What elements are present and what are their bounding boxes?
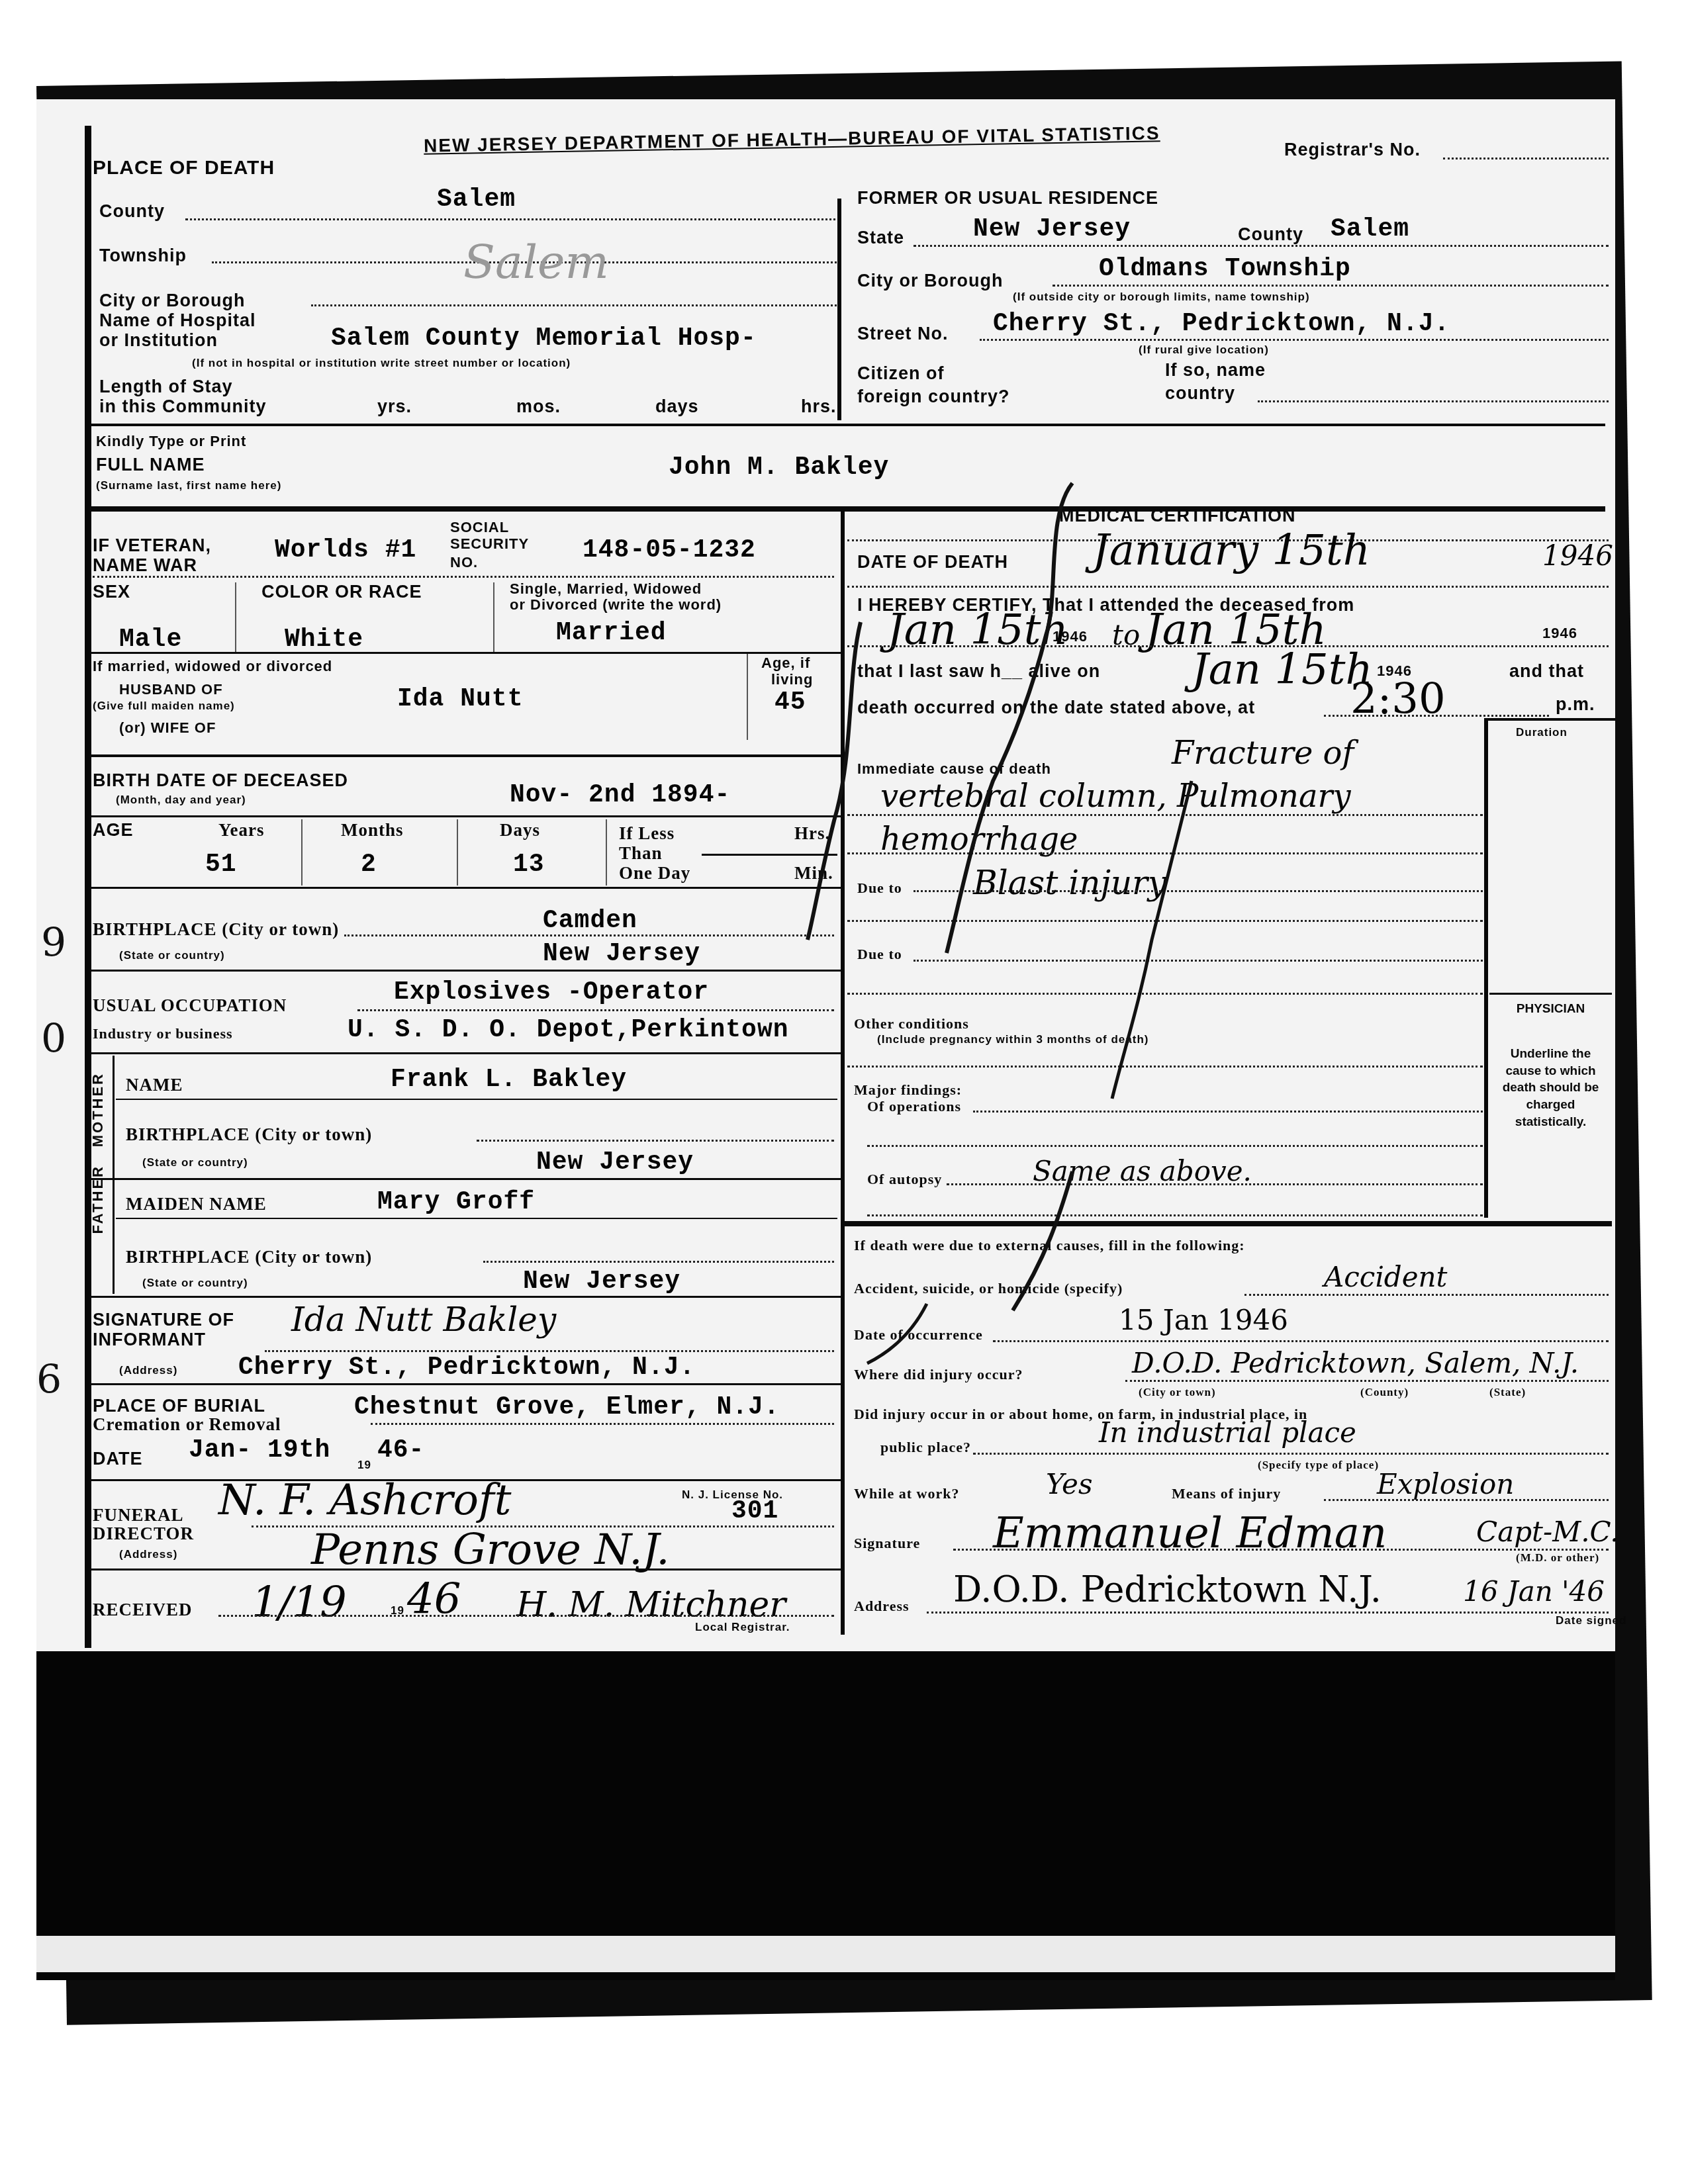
row-rule — [89, 754, 841, 757]
birth-date-label: BIRTH DATE OF DECEASED — [93, 771, 348, 790]
industry-label: Industry or business — [93, 1026, 233, 1041]
external-work-label: While at work? — [854, 1486, 959, 1501]
residence-county-label: County — [1238, 225, 1303, 244]
residence-street-note: (If rural give location) — [1139, 344, 1269, 356]
informant-address-label: (Address) — [119, 1365, 177, 1377]
received-date-value[interactable]: 1/19 — [252, 1578, 347, 1627]
date-signed-value[interactable]: 16 Jan '46 — [1463, 1575, 1605, 1608]
burial-date-value[interactable]: Jan- 19th — [189, 1436, 330, 1465]
marital-label-2: or Divorced (write the word) — [510, 597, 722, 612]
state-line — [914, 245, 1609, 247]
margin-mark: 0 — [41, 1016, 66, 1062]
external-address-label: Address — [854, 1598, 910, 1614]
external-means-label: Means of injury — [1172, 1486, 1281, 1501]
burial-year-value[interactable]: 46- — [377, 1436, 424, 1465]
row-rule — [116, 1099, 837, 1100]
burial-date-label: DATE — [93, 1449, 143, 1468]
hospital-label-2: or Institution — [99, 331, 218, 349]
city-line — [311, 304, 841, 306]
full-name-label: FULL NAME — [96, 455, 205, 474]
residence-city-note: (If outside city or borough limits, name… — [1013, 291, 1310, 303]
informant-label-1: SIGNATURE OF — [93, 1310, 234, 1329]
residence-state-value[interactable]: New Jersey — [973, 215, 1131, 244]
row-rule — [89, 652, 841, 654]
external-where-line — [1125, 1380, 1609, 1382]
informant-label-2: INFORMANT — [93, 1330, 206, 1349]
cell-divider — [301, 819, 303, 886]
birthplace-line — [344, 934, 834, 936]
row-rule — [89, 815, 841, 817]
age-less-label-3: One Day — [619, 864, 690, 882]
mother-name-value[interactable]: Mary Groff — [377, 1188, 535, 1216]
cell-divider — [457, 819, 458, 886]
funeral-address-label: (Address) — [119, 1549, 177, 1561]
row-rule — [89, 1178, 841, 1180]
age-label: AGE — [93, 821, 134, 839]
death-time-suffix: p.m. — [1556, 695, 1595, 713]
stay-days-label: days — [655, 397, 699, 416]
occupation-line — [357, 1009, 834, 1011]
external-place-note: (Specify type of place) — [1258, 1459, 1379, 1471]
external-means-value[interactable]: Explosion — [1377, 1468, 1514, 1500]
informant-line — [265, 1350, 834, 1352]
attended-to-year: 1946 — [1542, 625, 1577, 641]
duration-top-rule — [1486, 718, 1615, 721]
veteran-label-1: IF VETERAN, — [93, 536, 211, 555]
scan-bottom-edge — [36, 1972, 1615, 1980]
mother-birthplace-value[interactable]: New Jersey — [523, 1267, 680, 1296]
mother-birthplace-sublabel: (State or country) — [142, 1277, 248, 1289]
duration-column-divider — [1484, 718, 1488, 1218]
stay-label-2: in this Community — [99, 397, 267, 416]
and-that-text: and that — [1509, 662, 1584, 680]
birthplace-city-value[interactable]: Camden — [543, 907, 637, 935]
physician-note: Underline the cause to which death shoul… — [1493, 1046, 1609, 1130]
age-days-label: Days — [500, 821, 540, 839]
physician-rule — [1489, 993, 1612, 995]
full-name-sublabel: (Surname last, first name here) — [96, 480, 281, 492]
scan-lower-strip — [36, 1936, 1615, 1972]
marital-value[interactable]: Married — [556, 619, 667, 647]
mother-birthplace-label: BIRTHPLACE (City or town) — [126, 1248, 372, 1266]
hospital-label-1: Name of Hospital — [99, 311, 256, 330]
funeral-address-value[interactable]: Penns Grove N.J. — [311, 1525, 670, 1574]
cell-divider — [493, 582, 494, 652]
mother-name-label: MAIDEN NAME — [126, 1195, 267, 1213]
sex-label: SEX — [93, 582, 130, 601]
received-label: RECEIVED — [93, 1600, 193, 1619]
cell-divider — [235, 582, 236, 652]
occupation-value[interactable]: Explosives -Operator — [394, 978, 709, 1007]
spouse-label-2: HUSBAND OF — [119, 682, 223, 697]
row-rule — [89, 1296, 841, 1298]
mother-side-label: MOTHER — [89, 1072, 107, 1147]
license-value[interactable]: 301 — [731, 1497, 778, 1525]
external-place-value[interactable]: In industrial place — [1099, 1416, 1356, 1449]
father-name-value[interactable]: Frank L. Bakley — [391, 1066, 627, 1094]
burial-year-prefix: 19 — [357, 1459, 371, 1471]
burial-line — [371, 1423, 834, 1425]
age-months-value[interactable]: 2 — [361, 850, 377, 879]
father-birthplace-value[interactable]: New Jersey — [536, 1148, 694, 1177]
birth-date-value[interactable]: Nov- 2nd 1894- — [510, 781, 730, 809]
stay-hrs-label: hrs. — [801, 397, 837, 416]
township-label: Township — [99, 246, 187, 265]
hospital-note: (If not in hospital or institution write… — [192, 357, 571, 369]
row-rule — [89, 1569, 841, 1570]
spouse-label-3: (Give full maiden name) — [93, 700, 235, 712]
mother-birthplace-line — [483, 1261, 834, 1263]
where-city-note: (City or town) — [1139, 1387, 1216, 1398]
section-rule — [89, 424, 1605, 426]
hospital-value[interactable]: Salem County Memorial Hosp- — [331, 324, 757, 353]
external-signature-line — [953, 1549, 1609, 1551]
spouse-label-1: If married, widowed or divorced — [93, 659, 332, 674]
age-years-value[interactable]: 51 — [205, 850, 237, 879]
row-rule — [89, 970, 841, 972]
residence-city-value[interactable]: Oldmans Township — [1099, 255, 1351, 283]
veteran-label-2: NAME WAR — [93, 556, 197, 574]
veteran-line — [93, 576, 834, 578]
township-value[interactable]: Salem — [463, 235, 609, 289]
city-line — [1053, 285, 1609, 287]
birthplace-label: BIRTHPLACE (City or town) — [93, 920, 339, 938]
residence-city-label: City or Borough — [857, 271, 1003, 290]
father-name-label: NAME — [126, 1075, 183, 1094]
ssn-label-1: SOCIAL — [450, 520, 509, 535]
country-label-2: country — [1165, 384, 1235, 402]
age-years-label: Years — [218, 821, 264, 839]
margin-mark: 9 — [41, 920, 66, 966]
external-work-value[interactable]: Yes — [1046, 1468, 1093, 1500]
row-rule — [116, 1218, 837, 1219]
age-days-value[interactable]: 13 — [513, 850, 545, 879]
race-value[interactable]: White — [285, 625, 363, 654]
citizen-label-1: Citizen of — [857, 364, 945, 383]
funeral-label-2: DIRECTOR — [93, 1524, 194, 1543]
registrar-no-field[interactable] — [1443, 158, 1609, 159]
funeral-signature[interactable]: N. F. Ashcroft — [218, 1476, 511, 1525]
father-birthplace-label: BIRTHPLACE (City or town) — [126, 1125, 372, 1144]
registrar-no-label: Registrar's No. — [1284, 140, 1421, 159]
county-label: County — [99, 202, 165, 220]
residence-street-label: Street No. — [857, 324, 949, 343]
occupation-label: USUAL OCCUPATION — [93, 996, 287, 1015]
external-means-line — [1324, 1499, 1609, 1501]
veteran-value[interactable]: Worlds #1 — [275, 536, 416, 565]
physician-signature-strokes — [794, 477, 1390, 1370]
cell-divider — [606, 819, 607, 886]
registrar-signature[interactable]: H. M. Mitchner — [516, 1585, 786, 1625]
funeral-label-1: FUNERAL — [93, 1506, 184, 1524]
place-of-death-header: PLACE OF DEATH — [93, 158, 275, 179]
age-less-label-1: If Less — [619, 824, 675, 842]
industry-value[interactable]: U. S. D. O. Depot,Perkintown — [348, 1016, 789, 1044]
funeral-line — [252, 1525, 834, 1527]
where-state-note: (State) — [1489, 1387, 1526, 1398]
row-rule — [89, 1052, 841, 1054]
stay-label-1: Length of Stay — [99, 377, 233, 396]
sex-value[interactable]: Male — [119, 625, 182, 654]
ssn-label-3: NO. — [450, 555, 478, 570]
cell-divider — [747, 654, 748, 740]
scan-black-band — [36, 1651, 1615, 1936]
residence-street-value[interactable]: Cherry St., Pedricktown, N.J. — [993, 310, 1450, 338]
top-column-divider — [837, 199, 841, 420]
external-address-line — [927, 1612, 1609, 1614]
city-label: City or Borough — [99, 291, 245, 310]
citizen-label-2: foreign country? — [857, 387, 1010, 406]
marital-label-1: Single, Married, Widowed — [510, 581, 702, 596]
residence-county-value[interactable]: Salem — [1331, 215, 1409, 244]
residence-state-label: State — [857, 228, 904, 247]
county-line — [185, 218, 841, 220]
birth-date-sublabel: (Month, day and year) — [116, 794, 246, 806]
external-signature-label: Signature — [854, 1535, 920, 1551]
residence-header: FORMER OR USUAL RESIDENCE — [857, 189, 1158, 207]
duration-label: Duration — [1516, 727, 1568, 739]
spouse-label-4: (or) WIFE OF — [119, 720, 216, 735]
physician-label: PHYSICIAN — [1489, 1001, 1612, 1018]
registrar-label: Local Registrar. — [695, 1621, 790, 1633]
father-birthplace-sublabel: (State or country) — [142, 1157, 248, 1169]
ssn-label-2: SECURITY — [450, 536, 529, 551]
external-address-value[interactable]: D.O.D. Pedricktown N.J. — [953, 1569, 1382, 1610]
street-line — [980, 339, 1609, 341]
country-label-1: If so, name — [1165, 361, 1266, 379]
father-side-label: FATHER — [89, 1165, 107, 1234]
informant-signature[interactable]: Ida Nutt Bakley — [291, 1300, 556, 1339]
ssn-value[interactable]: 148-05-1232 — [583, 536, 756, 565]
external-place-label-2: public place? — [880, 1439, 971, 1455]
date-signed-label: Date signed — [1556, 1615, 1626, 1627]
where-county-note: (County) — [1360, 1387, 1409, 1398]
date-of-death-year[interactable]: 1946 — [1542, 539, 1613, 572]
full-name-note: Kindly Type or Print — [96, 433, 246, 449]
age-months-label: Months — [341, 821, 404, 839]
stay-yrs-label: yrs. — [377, 397, 412, 416]
row-rule — [89, 1383, 841, 1385]
external-title-value[interactable]: Capt-M.C. — [1476, 1516, 1618, 1548]
external-title-note: (M.D. or other) — [1516, 1552, 1599, 1564]
spouse-value[interactable]: Ida Nutt — [397, 685, 523, 713]
parents-divider — [113, 1056, 115, 1294]
burial-label-2: Cremation or Removal — [93, 1415, 281, 1433]
birthplace-state-value[interactable]: New Jersey — [543, 940, 700, 968]
father-birthplace-line — [477, 1140, 834, 1142]
informant-address-value[interactable]: Cherry St., Pedricktown, N.J. — [238, 1353, 695, 1382]
burial-value[interactable]: Chestnut Grove, Elmer, N.J. — [354, 1393, 780, 1422]
external-place-line — [973, 1453, 1609, 1455]
margin-mark: 6 — [36, 1357, 62, 1403]
received-line — [218, 1615, 834, 1617]
age-less-label-2: Than — [619, 844, 663, 862]
burial-label-1: PLACE OF BURIAL — [93, 1396, 265, 1415]
row-rule — [89, 887, 841, 889]
race-label: COLOR OR RACE — [261, 582, 422, 601]
country-line — [1258, 400, 1609, 402]
stay-mos-label: mos. — [516, 397, 561, 416]
county-value[interactable]: Salem — [437, 185, 516, 214]
birthplace-sublabel: (State or country) — [119, 950, 225, 962]
